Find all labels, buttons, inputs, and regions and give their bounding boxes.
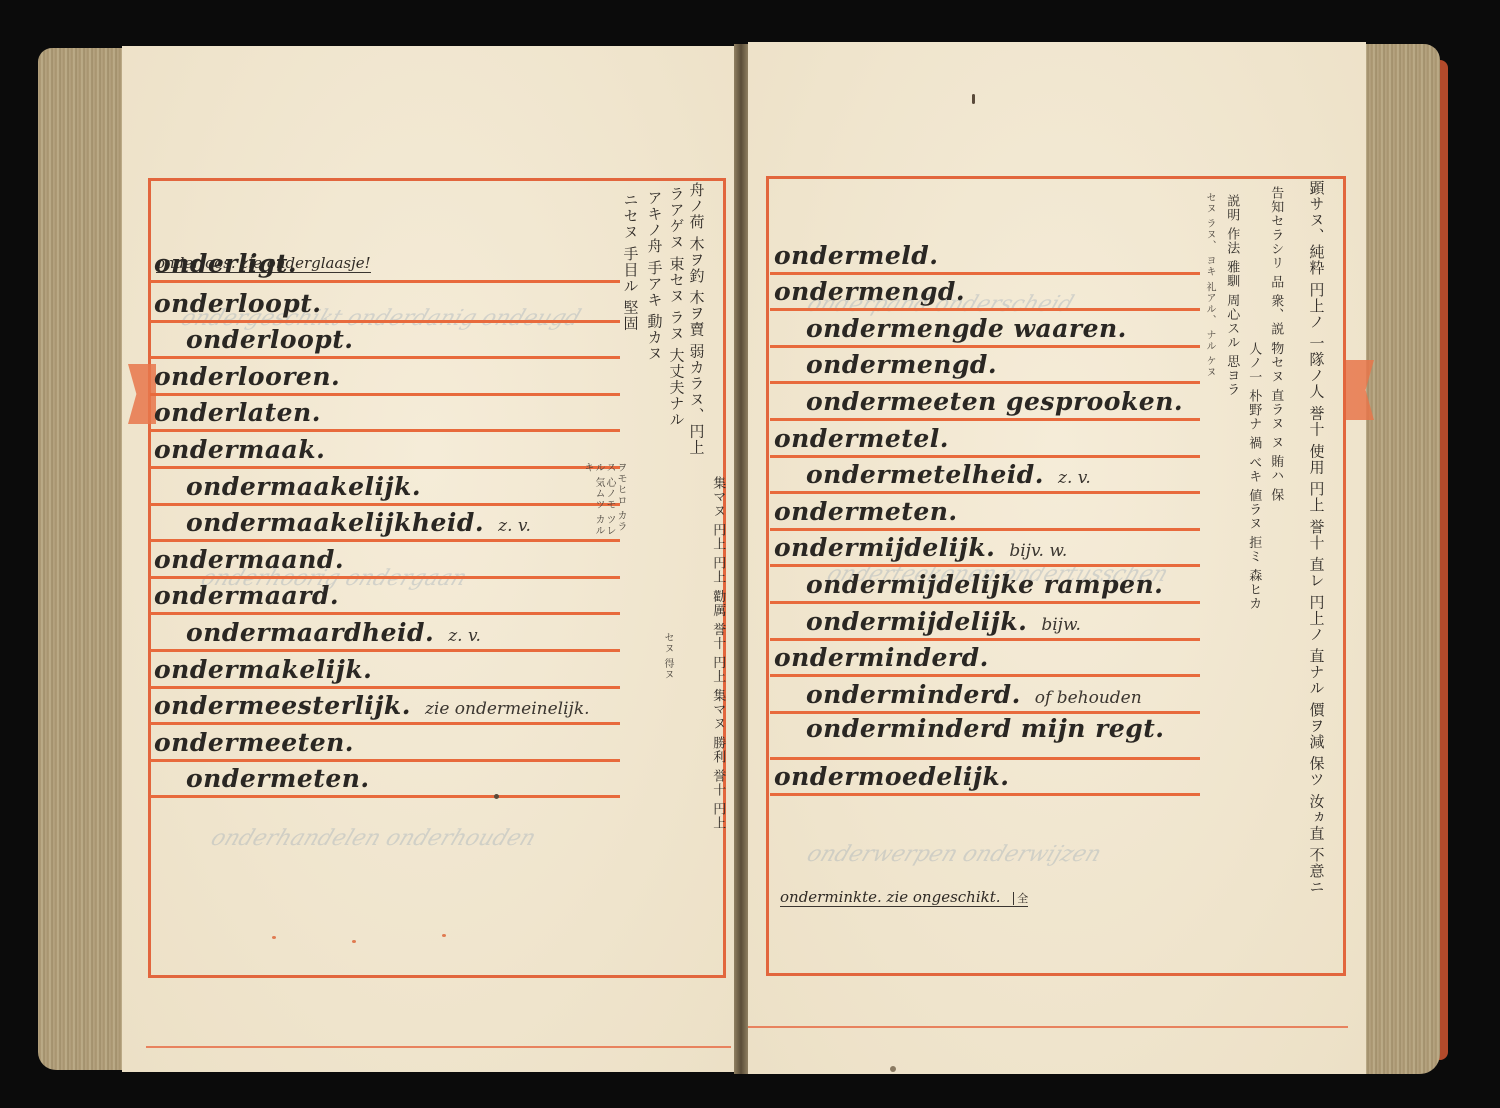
japanese-gloss-column: 舟ノ荷 木ヲ釣 木ヲ賣 弱カラヌ、円上 [688, 182, 705, 742]
japanese-kana-column: セヌ ラヌ、 ヨキ 礼アル、 ナル ケヌ [1204, 192, 1215, 752]
dutch-word: ondermengde waaren. [806, 314, 1141, 343]
japanese-kana-column: ヲモヒロ カラス 心ノモ ツレル 気ムツ カルキ [582, 462, 626, 542]
ink-speck [272, 936, 276, 939]
japanese-gloss-column: 集マヌ 円上 円上 勸厲 誉十 円上 集マヌ 勝利 誉十 円上 [710, 476, 724, 976]
dutch-word: ondermaand. [154, 545, 358, 574]
dutch-word: ondermaard. [154, 581, 353, 610]
dutch-word: ondermeesterlijk.zie ondermeinelijk. [154, 691, 590, 720]
entry-row: ondermijdelijke rampen. [770, 567, 1200, 604]
bottom-rule [146, 1046, 731, 1048]
page-block-left [38, 48, 128, 1070]
entry-row: onderloopt. [150, 323, 620, 360]
entry-row: onderlaten. [150, 396, 620, 433]
page-block-right [1362, 44, 1440, 1074]
dutch-word: onderminderd. [774, 643, 1003, 672]
entry-list: onderligt. onderloopt. onderloopt. onder… [150, 246, 620, 798]
ink-speck [972, 94, 975, 104]
entry-row: onderminderd. [770, 641, 1200, 678]
dutch-word: onderlooren. [154, 362, 354, 391]
book-gutter [734, 44, 748, 1074]
dutch-word: ondermaakelijk. [186, 472, 435, 501]
japanese-gloss-column: 説明 作法 雅馴 周心スル 思ヨラ [1224, 194, 1238, 954]
entry-row: ondermeeten gesprooken. [770, 384, 1200, 421]
entry-row: ondermoedelijk. [770, 760, 1200, 797]
dutch-word: ondermijdelijke rampen. [806, 570, 1177, 599]
dutch-word: ondermengd. [806, 350, 1011, 379]
boxed-character: 全 [1013, 892, 1028, 905]
entry-row: ondermaard. [150, 579, 620, 616]
left-page: ondergeschikt onderdanig ondeugd onderho… [122, 46, 734, 1072]
stain [890, 1066, 896, 1072]
dutch-word: onderlaten. [154, 398, 335, 427]
entry-row: onderminderd mijn regt. [770, 714, 1200, 760]
entry-row: ondermeten. [150, 762, 620, 799]
japanese-gloss-column: 顕サヌ、純粋 円上ノ 一隊ノ人 誉十 使用 円上 誉十 直レ 円上ノ 直ナル 價… [1308, 180, 1325, 960]
entry-row: ondermengde waaren. [770, 311, 1200, 348]
entry-row: ondermengd. [770, 275, 1200, 312]
ink-speck [352, 940, 356, 943]
dutch-word: ondermeeten gesprooken. [806, 387, 1197, 416]
japanese-kana-column: セヌ 得ヌ [662, 632, 673, 832]
dutch-word: onderminderd.of behouden [806, 680, 1142, 709]
entry-row: onderloopt. [150, 283, 620, 323]
right-page: onderpand onderscheid onderteekenen onde… [748, 42, 1366, 1074]
bottom-rule [748, 1026, 1348, 1028]
entry-list: ondermeld. ondermengd. ondermengde waare… [770, 238, 1200, 796]
dutch-word: ondermeeten. [154, 728, 368, 757]
entry-row: onderminderd.of behouden [770, 677, 1200, 714]
dutch-word: ondermetel. [774, 424, 963, 453]
ink-speck [494, 794, 499, 799]
entry-row: ondermaakelijk. [150, 469, 620, 506]
japanese-gloss-column: ラアゲヌ 束セヌ ラヌ 大丈夫ナル [668, 186, 685, 486]
japanese-gloss-column: 告知セラシリ 品 衆、説 物セヌ 直ラヌ ヌ 賄ハ 保 [1268, 186, 1282, 886]
dutch-word: ondermijdelijk.bijw. [806, 607, 1081, 636]
dutch-word: onderloopt. [154, 289, 336, 318]
dutch-word: ondermeten. [774, 497, 972, 526]
entry-row: ondermaardheid.z. v. [150, 615, 620, 652]
entry-row: ondermengd. [770, 348, 1200, 385]
entry-row: ondermijdelijk.bijw. [770, 604, 1200, 641]
entry-row: onderlooren. [150, 359, 620, 396]
japanese-gloss-column: ニセヌ 手目ル 堅固 [622, 192, 639, 452]
dutch-word: onderminderd mijn regt. [806, 714, 1178, 743]
ink-speck [442, 934, 446, 937]
japanese-gloss-column: 人ノ一 朴野ナ 禍 べキ 値ラヌ 拒ミ 森ヒカ [1246, 342, 1260, 962]
entry-row: ondermakelijk. [150, 652, 620, 689]
open-book: ondergeschikt onderdanig ondeugd onderho… [0, 0, 1500, 1108]
cross-reference-text: onderminkte. zie ongeschikt. [780, 888, 1001, 906]
cross-reference-note: onderminkte. zie ongeschikt. 全 [780, 888, 1028, 907]
dutch-word: onderloopt. [186, 325, 368, 354]
dutch-word: onderligt. [154, 249, 311, 278]
dutch-word: ondermeld. [774, 241, 952, 270]
entry-row: ondermijdelijk.bijv. w. [770, 531, 1200, 568]
entry-row: ondermaand. [150, 542, 620, 579]
dutch-word: ondermaardheid.z. v. [186, 618, 481, 647]
dutch-word: ondermaakelijkheid.z. v. [186, 508, 531, 537]
entry-row: ondermetel. [770, 421, 1200, 458]
japanese-gloss-column: アキノ舟 手アキ 動カヌ [646, 190, 663, 450]
entry-row: ondermaakelijkheid.z. v. [150, 506, 620, 543]
dutch-word: ondermakelijk. [154, 655, 386, 684]
entry-row: ondermetelheid.z. v. [770, 458, 1200, 495]
entry-row: ondermeld. [770, 238, 1200, 275]
dutch-word: ondermijdelijk.bijv. w. [774, 533, 1067, 562]
dutch-word: ondermoedelijk. [774, 762, 1023, 791]
entry-row: ondermeten. [770, 494, 1200, 531]
entry-row: onderligt. [150, 246, 620, 283]
dutch-word: ondermeten. [186, 764, 384, 793]
dutch-word: ondermetelheid.z. v. [806, 460, 1091, 489]
entry-row: ondermaak. [150, 432, 620, 469]
entry-row: ondermeeten. [150, 725, 620, 762]
dutch-word: ondermaak. [154, 435, 339, 464]
dutch-word: ondermengd. [774, 277, 979, 306]
entry-row: ondermeesterlijk.zie ondermeinelijk. [150, 689, 620, 726]
